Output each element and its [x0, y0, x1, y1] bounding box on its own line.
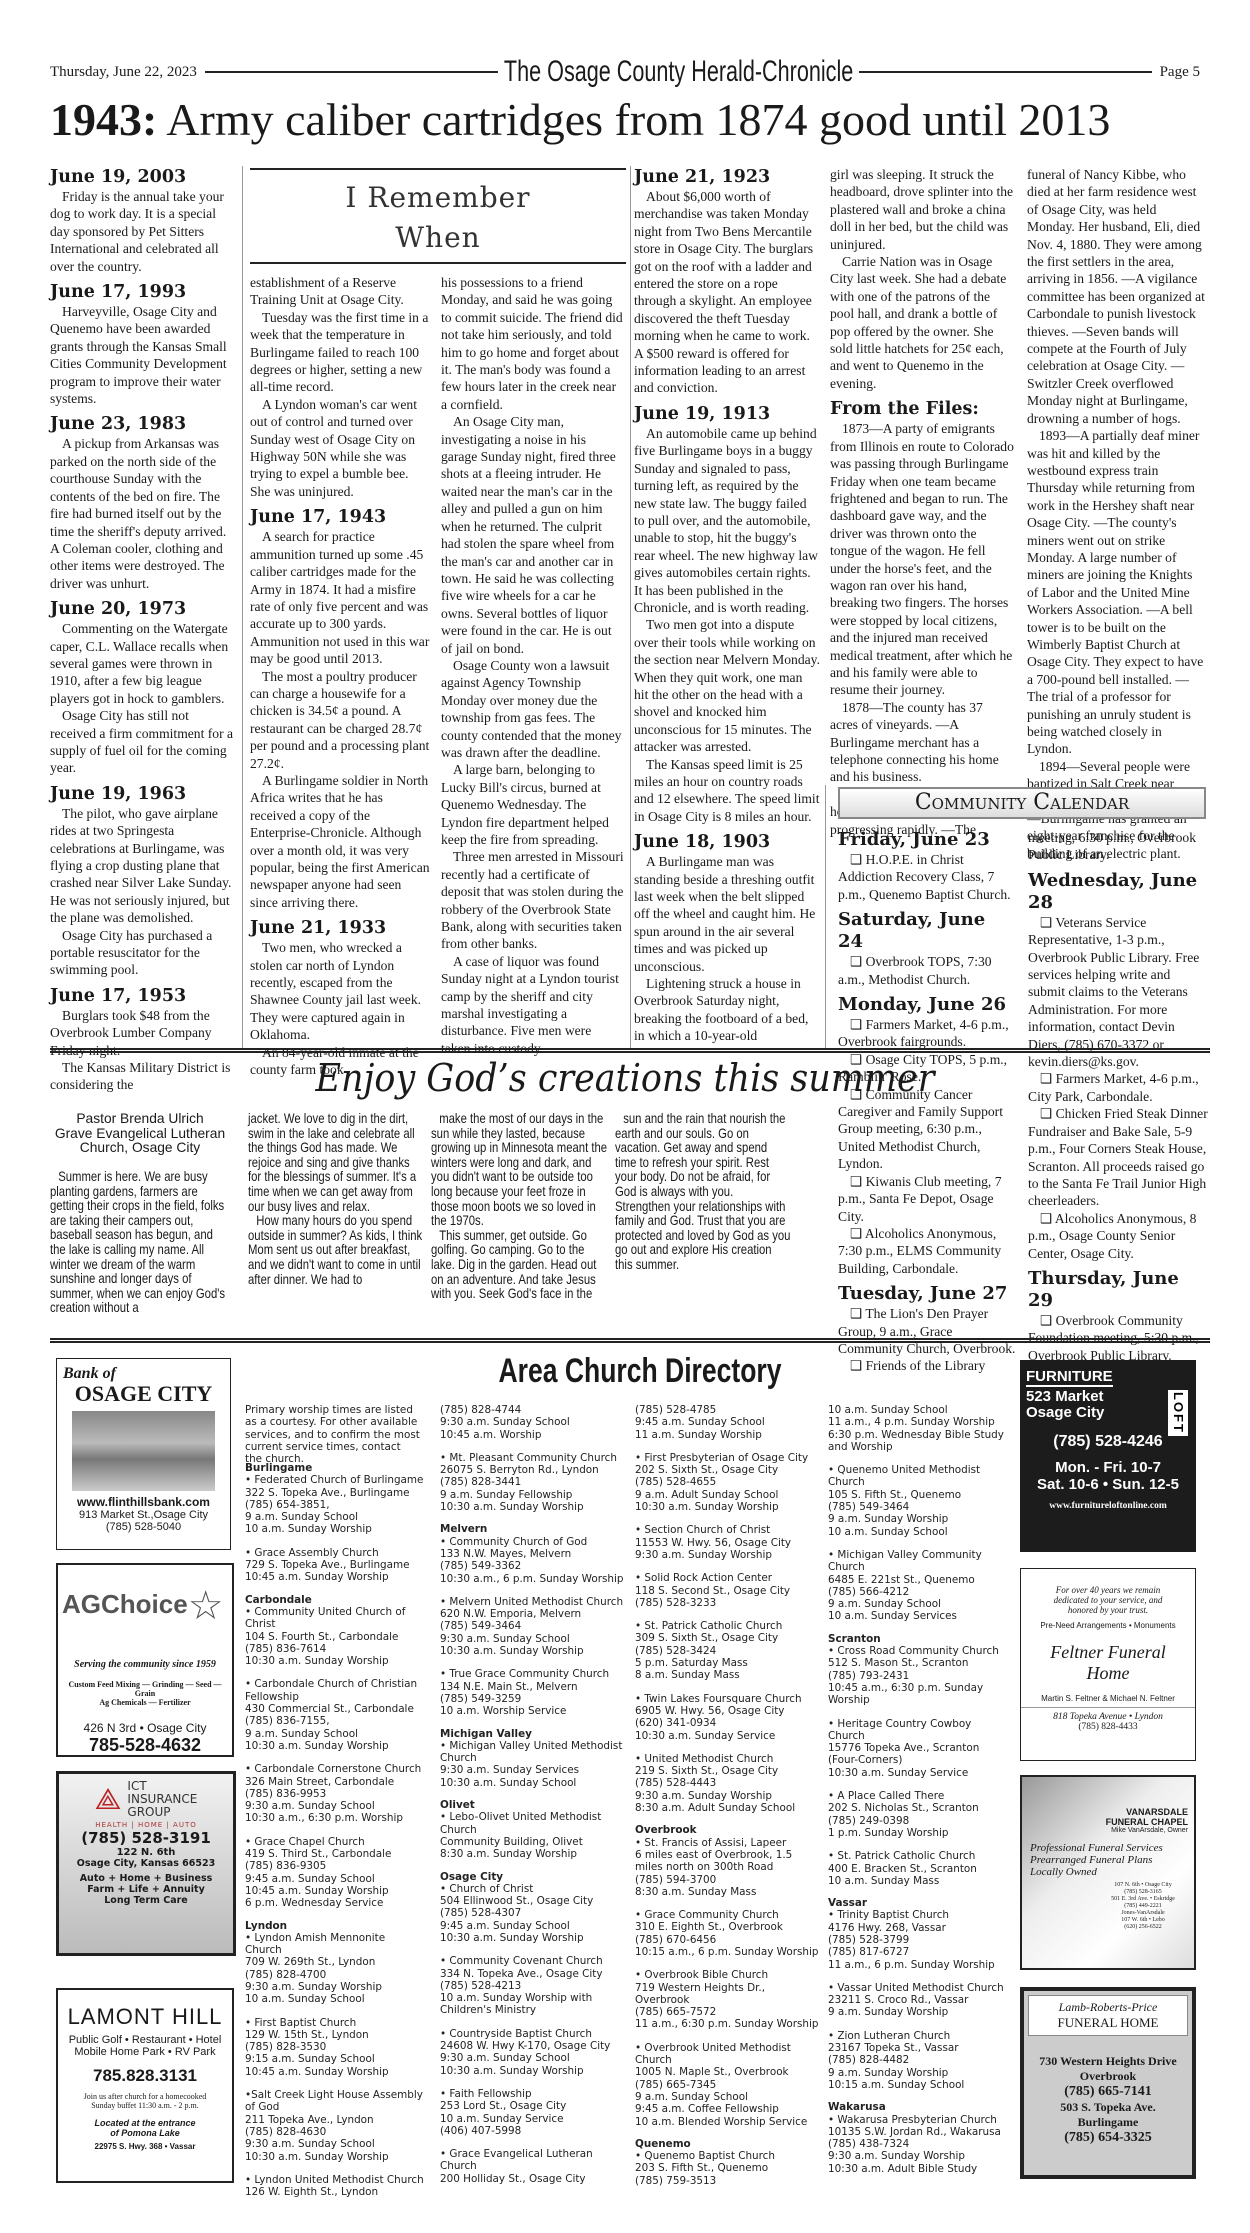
furniture-hours: Mon. - Fri. 10-7	[1026, 1459, 1190, 1476]
vanarsdale-loc: 107 W. 6th • Lebo	[1092, 1917, 1194, 1924]
lrp-name: Lamb-Roberts-Price	[1031, 2000, 1185, 2015]
church-name: • Zion Lutheran Church	[828, 2030, 1008, 2042]
church-detail: 11 a.m. Sunday Worship	[635, 1429, 820, 1441]
church-name: • Michigan Valley United Methodist Churc…	[440, 1740, 625, 1765]
directory-entry: • First Presbyterian of Osage City202 S.…	[635, 1452, 820, 1513]
vanarsdale-phone: (785) 528-3165	[1092, 1889, 1194, 1896]
paragraph: ❑ Alcoholics Anonymous, 7:30 p.m., ELMS …	[838, 1225, 1016, 1277]
directory-entry: • True Grace Community Church134 N.E. Ma…	[440, 1668, 625, 1717]
byline-location: Church, Osage City	[50, 1141, 230, 1156]
bank-url[interactable]: www.flinthillsbank.com	[57, 1495, 230, 1509]
church-name: • Vassar United Methodist Church	[828, 1982, 1008, 1994]
directory-title: Area Church Directory	[484, 1352, 796, 1391]
church-detail: (785) 549-3362	[440, 1560, 625, 1572]
church-detail: (785) 828-3441	[440, 1476, 625, 1488]
church-detail: 9:30 a.m. Sunday School	[245, 2138, 425, 2150]
section-date-heading: June 21, 1933	[250, 917, 430, 939]
church-detail: 9 a.m. Sunday Fellowship	[440, 1489, 625, 1501]
furniture-url[interactable]: www.furnitureloftonline.com	[1026, 1501, 1190, 1511]
directory-entry: • Carbondale Church of Christian Fellows…	[245, 1678, 425, 1752]
church-name: • United Methodist Church	[635, 1753, 820, 1765]
directory-town-heading: Lyndon	[245, 1920, 425, 1932]
directory-entry: (785) 828-47449:30 a.m. Sunday School10:…	[440, 1404, 625, 1441]
directory-entry: • Zion Lutheran Church23167 Topeka St., …	[828, 2030, 1008, 2091]
church-name: (785) 528-4785	[635, 1404, 820, 1416]
church-detail: 9:45 a.m. Sunday School	[635, 1416, 820, 1428]
article-title-enjoy: Enjoy God’s creations this summer	[87, 1052, 1163, 1104]
church-detail: 5 p.m. Saturday Mass	[635, 1657, 820, 1669]
church-name: • Lebo-Olivet United Methodist Church	[440, 1811, 625, 1836]
paragraph: A Lyndon woman's car went out of control…	[250, 396, 430, 500]
community-calendar-title: Community Calendar	[838, 787, 1206, 819]
church-detail: 9 a.m. Sunday Worship	[828, 2006, 1008, 2018]
lamont-name: LAMONT HILL	[58, 2004, 232, 2030]
church-detail: (785) 549-3464	[828, 1501, 1008, 1513]
church-name: • Quenemo United Methodist Church	[828, 1464, 1008, 1489]
church-name: • First Presbyterian of Osage City	[635, 1452, 820, 1464]
directory-entry: •Salt Creek Light House Assembly of God2…	[245, 2089, 425, 2163]
ict-services: Auto + Home + Business	[59, 1873, 233, 1884]
directory-column-2: (785) 828-47449:30 a.m. Sunday School10:…	[440, 1404, 625, 2185]
church-name: • Mt. Pleasant Community Church	[440, 1452, 625, 1464]
ad-vanarsdale-funeral-chapel[interactable]: VANARSDALE FUNERAL CHAPEL Mike VanArsdal…	[1020, 1775, 1196, 1970]
church-detail: 24608 W. Hwy K-170, Osage City	[440, 2040, 625, 2052]
headline-text: Army caliber cartridges from 1874 good u…	[157, 94, 1110, 145]
section-date-heading: Tuesday, June 27	[838, 1283, 1016, 1305]
ad-ict-insurance[interactable]: ⟁ ICT INSURANCE GROUP HEALTH | HOME | AU…	[56, 1771, 236, 1956]
directory-entry: • Faith Fellowship253 Lord St., Osage Ci…	[440, 2088, 625, 2137]
church-name: • St. Patrick Catholic Church	[828, 1850, 1008, 1862]
church-detail: 23167 Topeka St., Vassar	[828, 2042, 1008, 2054]
church-detail: (785) 793-2431	[828, 1670, 1008, 1682]
enjoy-column-2: jacket. We love to dig in the dirt, swim…	[248, 1112, 424, 1287]
ict-lines: HEALTH | HOME | AUTO	[59, 1821, 233, 1829]
church-detail: 105 S. Fifth St., Quenemo	[828, 1489, 1008, 1501]
church-detail: 10:30 a.m. Sunday School	[440, 1777, 625, 1789]
directory-entry: • Michigan Valley United Methodist Churc…	[440, 1740, 625, 1789]
church-detail: 23211 S. Croco Rd., Vassar	[828, 1994, 1008, 2006]
church-name: • Grace Assembly Church	[245, 1547, 425, 1559]
church-detail: 8:30 a.m. Sunday Mass	[635, 1886, 820, 1898]
church-name: • Carbondale Cornerstone Church	[245, 1763, 425, 1775]
church-detail: 6:30 p.m. Wednesday Bible Study and Wors…	[828, 1429, 1008, 1454]
church-detail: 10:30 a.m., 6:30 p.m. Worship	[245, 1812, 425, 1824]
ict-address: 122 N. 6th	[59, 1847, 233, 1858]
church-detail: 9 a.m. Sunday Worship	[828, 1513, 1008, 1525]
ad-bank-of-osage-city[interactable]: Bank of OSAGE CITY www.flinthillsbank.co…	[56, 1358, 231, 1550]
directory-column-3: (785) 528-47859:45 a.m. Sunday School11 …	[635, 1404, 820, 2187]
section-date-heading: June 17, 1953	[50, 985, 235, 1007]
directory-town-heading: Vassar	[828, 1897, 1008, 1909]
paragraph: Tuesday was the first time in a week tha…	[250, 309, 430, 396]
church-detail: (785) 528-4443	[635, 1777, 820, 1789]
church-detail: 9 a.m. Sunday School	[635, 2091, 820, 2103]
paragraph: ❑ Farmers Market, 4-6 p.m., Overbrook fa…	[838, 1016, 1016, 1051]
ad-furniture-loft[interactable]: FURNITURE 523 Market Osage City LOFT (78…	[1020, 1360, 1196, 1552]
directory-entry: • Lyndon Amish Mennonite Church709 W. 26…	[245, 1932, 425, 2006]
lrp-address: 730 Western Heights Drive	[1024, 2054, 1192, 2069]
paragraph: 1878—The county has 37 acres of vineyard…	[830, 699, 1014, 786]
church-detail: (785) 528-3233	[635, 1597, 820, 1609]
church-detail: 8:30 a.m. Adult Sunday School	[635, 1802, 820, 1814]
church-name: • Wakarusa Presbyterian Church	[828, 2114, 1008, 2126]
church-name: • Michigan Valley Community Church	[828, 1549, 1008, 1574]
directory-entry: • St. Patrick Catholic Church400 E. Brac…	[828, 1850, 1008, 1887]
furniture-loft-logo: LOFT	[1168, 1390, 1188, 1436]
church-detail: (785) 759-3513	[635, 2175, 820, 2187]
directory-town-heading: Scranton	[828, 1633, 1008, 1645]
church-detail: 200 Holliday St., Osage City	[440, 2173, 625, 2185]
church-detail: 10 a.m. Sunday School	[245, 1993, 425, 2005]
church-name: • Community Church of God	[440, 1536, 625, 1548]
church-detail: 253 Lord St., Osage City	[440, 2100, 625, 2112]
church-name: • Community United Church of Christ	[245, 1606, 425, 1631]
paragraph: establishment of a Reserve Training Unit…	[250, 274, 430, 309]
directory-entry: • St. Patrick Catholic Church309 S. Sixt…	[635, 1620, 820, 1681]
church-detail: (785) 566-4212	[828, 1586, 1008, 1598]
church-detail: 10:15 a.m., 6 p.m. Sunday Worship	[635, 1946, 820, 1958]
church-name: • Twin Lakes Foursquare Church	[635, 1693, 820, 1705]
masthead: Thursday, June 22, 2023 The Osage County…	[50, 55, 1200, 89]
church-detail: 512 S. Mason St., Scranton	[828, 1657, 1008, 1669]
church-detail: 10 a.m. Sunday Worship	[245, 1523, 425, 1535]
church-detail: 118 S. Second St., Osage City	[635, 1585, 820, 1597]
bank-name-line1: Bank of	[57, 1359, 230, 1383]
church-detail: (785) 665-7345	[635, 2079, 820, 2091]
paragraph: ❑ Chicken Fried Steak Dinner Fundraiser …	[1028, 1105, 1208, 1209]
directory-entry: • Overbrook Bible Church719 Western Heig…	[635, 1969, 820, 2030]
column-rule	[242, 166, 243, 1050]
directory-entry: • United Methodist Church219 S. Sixth St…	[635, 1753, 820, 1814]
church-detail: 26075 S. Berryton Rd., Lyndon	[440, 1464, 625, 1476]
church-detail: (406) 407-5998	[440, 2125, 625, 2137]
church-detail: (785) 249-0398	[828, 1815, 1008, 1827]
paragraph: meeting, 6:30 p.m., Overbrook Public Lib…	[1028, 829, 1208, 864]
church-detail: 10:30 a.m. Sunday Service	[635, 1730, 820, 1742]
lamont-services: Public Golf • Restaurant • Hotel	[58, 2034, 232, 2046]
church-detail: (785) 836-9953	[245, 1788, 425, 1800]
church-detail: 9:30 a.m. Sunday Worship	[635, 1549, 820, 1561]
paragraph: Osage City has still not received a firm…	[50, 707, 235, 777]
vanarsdale-owner: Mike VanArsdale, Owner	[1022, 1827, 1194, 1834]
paragraph: A case of liquor was found Sunday night …	[441, 953, 624, 1057]
church-detail: 504 Ellinwood St., Osage City	[440, 1895, 625, 1907]
paragraph: An Osage City man, investigating a noise…	[441, 413, 624, 657]
church-detail: 10 a.m. Worship Service	[440, 1705, 625, 1717]
church-detail: 10:30 a.m. Sunday Service	[828, 1767, 1008, 1779]
church-detail: 9:30 a.m. Sunday Worship	[245, 1981, 425, 1993]
church-detail: 9:30 a.m. Sunday School	[440, 1633, 625, 1645]
ad-agchoice[interactable]: AGChoice☆ Serving the community since 19…	[56, 1563, 234, 1757]
church-detail: 211 Topeka Ave., Lyndon	[245, 2114, 425, 2126]
paragraph: girl was sleeping. It struck the headboa…	[830, 166, 1014, 253]
church-name: • Countryside Baptist Church	[440, 2028, 625, 2040]
church-name: • Overbrook Bible Church	[635, 1969, 820, 1981]
vanarsdale-loc: 501 E. 3rd Ave. • Eskridge	[1092, 1896, 1194, 1903]
paragraph: Two men, who wrecked a stolen car north …	[250, 939, 430, 1043]
church-name: • Melvern United Methodist Church	[440, 1596, 625, 1608]
feltner-tagline: For over 40 years we remain	[1021, 1585, 1195, 1595]
directory-town-heading: Melvern	[440, 1523, 625, 1535]
lrp-name-2: FUNERAL HOME	[1031, 2015, 1185, 2031]
church-name: • Overbrook United Methodist Church	[635, 2042, 820, 2067]
paragraph: Commenting on the Watergate caper, C.L. …	[50, 620, 235, 707]
directory-entry: • Community United Church of Christ104 S…	[245, 1606, 425, 1667]
church-detail: (785) 528-3424	[635, 1645, 820, 1657]
church-detail: 8 a.m. Sunday Mass	[635, 1669, 820, 1681]
ad-feltner-funeral-home[interactable]: For over 40 years we remain dedicated to…	[1020, 1568, 1196, 1761]
remember-column-6: funeral of Nancy Kibbe, who died at her …	[1027, 166, 1207, 862]
vanarsdale-name: VANARSDALE	[1022, 1807, 1194, 1817]
church-detail: 133 N.W. Mayes, Melvern	[440, 1548, 625, 1560]
directory-entry: 10 a.m. Sunday School11 a.m., 4 p.m. Sun…	[828, 1404, 1008, 1453]
paragraph: An automobile came up behind five Burlin…	[634, 425, 820, 616]
remember-column-4: June 21, 1923About $6,000 worth of merch…	[634, 166, 820, 1045]
church-detail: 10:30 a.m. Adult Bible Study	[828, 2163, 1008, 2175]
section-divider	[50, 1338, 1210, 1343]
church-detail: (785) 528-4213	[440, 1980, 625, 1992]
directory-entry: • Overbrook United Methodist Church1005 …	[635, 2042, 820, 2128]
article-byline: Pastor Brenda Ulrich Grave Evangelical L…	[50, 1112, 230, 1156]
church-detail: 719 Western Heights Dr., Overbrook	[635, 1982, 820, 2007]
church-name: •Salt Creek Light House Assembly of God	[245, 2089, 425, 2114]
paragraph: Three men arrested in Missouri recently …	[441, 848, 624, 952]
feltner-address: 818 Topeka Avenue • Lyndon	[1021, 1712, 1195, 1722]
church-name: • Solid Rock Action Center	[635, 1572, 820, 1584]
church-detail: 310 E. Eighth St., Overbrook	[635, 1921, 820, 1933]
church-name: • Quenemo Baptist Church	[635, 2150, 820, 2162]
church-name: • Lyndon Amish Mennonite Church	[245, 1932, 425, 1957]
church-detail: 10 a.m. Sunday School	[828, 1526, 1008, 1538]
directory-entry: • Twin Lakes Foursquare Church6905 W. Hw…	[635, 1693, 820, 1742]
feltner-phone: (785) 828-4433	[1021, 1722, 1195, 1732]
church-name: • Faith Fellowship	[440, 2088, 625, 2100]
directory-entry: • Grace Assembly Church729 S. Topeka Ave…	[245, 1547, 425, 1584]
church-detail: 10:30 a.m. Sunday Worship	[635, 1501, 820, 1513]
section-date-heading: June 19, 2003	[50, 166, 235, 188]
paragraph: A pickup from Arkansas was parked on the…	[50, 435, 235, 592]
church-detail: (620) 341-0934	[635, 1717, 820, 1729]
section-date-heading: June 20, 1973	[50, 598, 235, 620]
church-detail: 10:30 a.m. Sunday Worship	[440, 1501, 625, 1513]
directory-town-heading: Overbrook	[635, 1824, 820, 1836]
directory-entry: • Grace Chapel Church419 S. Third St., C…	[245, 1836, 425, 1910]
church-detail: 219 S. Sixth St., Osage City	[635, 1765, 820, 1777]
remember-column-3: his possessions to a friend Monday, and …	[441, 274, 624, 1057]
church-detail: (785) 665-7572	[635, 2006, 820, 2018]
church-detail: 10:30 a.m. Sunday Worship	[440, 1645, 625, 1657]
church-name: • St. Francis of Assisi, Lapeer	[635, 1837, 820, 1849]
section-date-heading: June 18, 1903	[634, 831, 820, 853]
vanarsdale-service-2: Prearranged Funeral Plans	[1022, 1854, 1194, 1866]
church-detail: (785) 828-4700	[245, 1969, 425, 1981]
ad-lamont-hill[interactable]: LAMONT HILL Public Golf • Restaurant • H…	[56, 1988, 234, 2183]
lrp-phone-2: (785) 654-3325	[1024, 2130, 1192, 2146]
church-detail: 10:45 a.m. Worship	[440, 1429, 625, 1441]
lamont-location-2: of Pomona Lake	[58, 2128, 232, 2138]
church-detail: (785) 438-7324	[828, 2138, 1008, 2150]
remember-column-5: girl was sleeping. It struck the headboa…	[830, 166, 1014, 838]
directory-town-heading: Wakarusa	[828, 2101, 1008, 2113]
paragraph: The most a poultry producer can charge a…	[250, 668, 430, 772]
directory-entry: • Quenemo United Methodist Church105 S. …	[828, 1464, 1008, 1538]
directory-entry: • Lebo-Olivet United Methodist ChurchCom…	[440, 1811, 625, 1860]
directory-entry: • Carbondale Cornerstone Church326 Main …	[245, 1763, 425, 1824]
lamont-buffet-2: Sunday buffet 11:30 a.m. - 2 p.m.	[58, 2101, 232, 2110]
lrp-phone: (785) 665-7141	[1024, 2084, 1192, 2100]
church-detail: 9:30 a.m. Sunday School	[440, 1416, 625, 1428]
directory-entry: • Community Church of God133 N.W. Mayes,…	[440, 1536, 625, 1585]
lamont-phone: 785.828.3131	[58, 2066, 232, 2086]
paragraph: About $6,000 worth of merchandise was ta…	[634, 188, 820, 397]
church-detail: (785) 836-9305	[245, 1860, 425, 1872]
church-name: • Church of Christ	[440, 1883, 625, 1895]
furniture-phone: (785) 528-4246	[1026, 1433, 1190, 1451]
church-detail: 6 miles east of Overbrook, 1.5 miles nor…	[635, 1849, 820, 1874]
feltner-name: Feltner Funeral	[1021, 1642, 1195, 1663]
church-detail: 9 a.m. Adult Sunday School	[635, 1489, 820, 1501]
church-detail: 10:45 a.m. Sunday Worship	[245, 2066, 425, 2078]
paragraph: A Burlingame soldier in North Africa wri…	[250, 772, 430, 911]
column-title-i-remember-when: I Remember When	[250, 168, 626, 264]
directory-entry: • Cross Road Community Church512 S. Maso…	[828, 1645, 1008, 1706]
church-detail: (785) 828-4482	[828, 2054, 1008, 2066]
church-detail: 326 Main Street, Carbondale	[245, 1776, 425, 1788]
vanarsdale-service-3: Locally Owned	[1022, 1866, 1194, 1878]
church-detail: (785) 670-6456	[635, 1934, 820, 1946]
church-name: • Federated Church of Burlingame	[245, 1474, 425, 1486]
church-detail: 11 a.m., 4 p.m. Sunday Worship	[828, 1416, 1008, 1428]
directory-entry: • Vassar United Methodist Church23211 S.…	[828, 1982, 1008, 2019]
paragraph: A large barn, belonging to Lucky Bill's …	[441, 761, 624, 848]
church-name: • Heritage Country Cowboy Church	[828, 1718, 1008, 1743]
directory-entry: • Section Church of Christ11553 W. Hwy. …	[635, 1524, 820, 1561]
paragraph: A Burlingame man was standing beside a t…	[634, 853, 820, 975]
paragraph: A search for practice ammunition turned …	[250, 528, 430, 667]
paragraph: ❑ H.O.P.E. in Christ Addiction Recovery …	[838, 851, 1016, 903]
church-detail: 10 a.m. Sunday Services	[828, 1610, 1008, 1622]
feltner-tagline-2: dedicated to your service, and	[1021, 1595, 1195, 1605]
church-detail: 10:30 a.m., 6 p.m. Sunday Worship	[440, 1573, 625, 1585]
paragraph: Carrie Nation was in Osage City last wee…	[830, 253, 1014, 392]
church-detail: (785) 528-4655	[635, 1476, 820, 1488]
church-detail: 400 E. Bracken St., Scranton	[828, 1863, 1008, 1875]
church-name: • Community Covenant Church	[440, 1955, 625, 1967]
ict-services: Long Term Care	[59, 1895, 233, 1906]
ad-lamb-roberts-price[interactable]: Lamb-Roberts-Price FUNERAL HOME 730 West…	[1020, 1987, 1196, 2179]
paragraph: ❑ The Lion's Den Prayer Group, 9 a.m., G…	[838, 1305, 1016, 1357]
agchoice-services-2: Ag Chemicals — Fertilizer	[58, 1698, 232, 1707]
calendar-column-2: meeting, 6:30 p.m., Overbrook Public Lib…	[1028, 829, 1208, 1399]
bank-phone: (785) 528-5040	[57, 1521, 230, 1533]
church-detail: (785) 836-7155,	[245, 1715, 425, 1727]
church-detail: (785) 828-3530	[245, 2041, 425, 2053]
furniture-hours-2: Sat. 10-6 • Sun. 12-5	[1026, 1476, 1190, 1493]
section-date-heading: Thursday, June 29	[1028, 1268, 1208, 1312]
paragraph: How many hours do you spend outside in s…	[248, 1214, 424, 1287]
church-detail: 202 S. Sixth St., Osage City	[635, 1464, 820, 1476]
church-detail: 9:30 a.m. Sunday Services	[440, 1764, 625, 1776]
directory-town-heading: Olivet	[440, 1799, 625, 1811]
church-detail: 11 a.m., 6 p.m. Sunday Worship	[828, 1959, 1008, 1971]
church-detail: 709 W. 269th St., Lyndon	[245, 1956, 425, 1968]
church-detail: 10135 S.W. Jordan Rd., Wakarusa	[828, 2126, 1008, 2138]
section-date-heading: Monday, June 26	[838, 994, 1016, 1016]
paragraph: This summer, get outside. Go golfing. Go…	[431, 1229, 607, 1302]
church-detail: 9:15 a.m. Sunday School	[245, 2053, 425, 2065]
masthead-rule	[205, 71, 498, 73]
paragraph: Harveyville, Osage City and Quenemo have…	[50, 303, 235, 407]
directory-entry: • Mt. Pleasant Community Church26075 S. …	[440, 1452, 625, 1513]
paragraph: sun and the rain that nourish the earth …	[615, 1112, 791, 1273]
enjoy-column-1: Summer is here. We are busy planting gar…	[50, 1170, 226, 1316]
directory-entry: • Trinity Baptist Church4176 Hwy. 268, V…	[828, 1909, 1008, 1970]
directory-entry: • Lyndon United Methodist Church126 W. E…	[245, 2174, 425, 2199]
church-detail: (785) 528-4307	[440, 1907, 625, 1919]
page-headline: 1943: Army caliber cartridges from 1874 …	[50, 90, 1200, 150]
church-detail: 4176 Hwy. 268, Vassar	[828, 1922, 1008, 1934]
church-detail: 15776 Topeka Ave., Scranton (Four-Corner…	[828, 1742, 1008, 1767]
church-detail: 10 a.m. Sunday Worship with Children's M…	[440, 1992, 625, 2017]
agchoice-tagline: Serving the community since 1959	[58, 1659, 232, 1670]
directory-column-1: Burlingame• Federated Church of Burlinga…	[245, 1462, 425, 2198]
church-detail: 9 a.m. Sunday School	[828, 1598, 1008, 1610]
directory-intro: Primary worship times are listed as a co…	[245, 1404, 420, 1465]
column-title-line2: When	[250, 218, 626, 258]
section-date-heading: Friday, June 23	[838, 829, 1016, 851]
church-detail: 104 S. Fourth St., Carbondale	[245, 1631, 425, 1643]
church-detail: 1005 N. Maple St., Overbrook	[635, 2066, 820, 2078]
church-detail: 10:15 a.m. Sunday School	[828, 2079, 1008, 2091]
feltner-tagline-3: honored by your trust.	[1021, 1605, 1195, 1615]
lrp-town: Overbrook	[1024, 2069, 1192, 2084]
paragraph: Lightening struck a house in Overbrook S…	[634, 975, 820, 1045]
church-detail: (785) 817-6727	[828, 1946, 1008, 1958]
church-detail: 10:45 a.m., 6:30 p.m. Sunday Worship	[828, 1682, 1008, 1707]
bank-name-line2: OSAGE CITY	[57, 1383, 230, 1405]
church-detail: 9 a.m. Sunday Worship	[828, 2067, 1008, 2079]
church-name: 10 a.m. Sunday School	[828, 1404, 1008, 1416]
church-name: • Trinity Baptist Church	[828, 1909, 1008, 1921]
ict-services: Farm + Life + Annuity	[59, 1884, 233, 1895]
church-detail: 9:45 a.m. Coffee Fellowship	[635, 2103, 820, 2115]
church-detail: 9:30 a.m. Sunday School	[245, 1800, 425, 1812]
column-rule	[630, 166, 631, 1050]
church-name: (785) 828-4744	[440, 1404, 625, 1416]
vanarsdale-name-2: FUNERAL CHAPEL	[1022, 1817, 1194, 1827]
church-detail: (785) 654-3851,	[245, 1499, 425, 1511]
remember-column-2: establishment of a Reserve Training Unit…	[250, 274, 430, 1078]
feltner-owners: Martin S. Feltner & Michael N. Feltner	[1021, 1694, 1195, 1708]
paragraph: Summer is here. We are busy planting gar…	[50, 1170, 226, 1316]
church-name: • Grace Chapel Church	[245, 1836, 425, 1848]
church-detail: Community Building, Olivet	[440, 1836, 625, 1848]
remember-column-1: June 19, 2003Friday is the annual take y…	[50, 166, 235, 1094]
vanarsdale-loc: Jones-VanArsdale	[1092, 1910, 1194, 1917]
paragraph: Osage County won a lawsuit against Agenc…	[441, 657, 624, 761]
church-name: • Carbondale Church of Christian Fellows…	[245, 1678, 425, 1703]
feltner-services: Pre-Need Arrangements • Monuments	[1021, 1621, 1195, 1630]
section-date-heading: Wednesday, June 28	[1028, 870, 1208, 914]
paragraph: ❑ Friends of the Library	[838, 1357, 1016, 1374]
directory-town-heading: Michigan Valley	[440, 1728, 625, 1740]
column-rule	[825, 785, 826, 1050]
directory-town-heading: Carbondale	[245, 1594, 425, 1606]
bank-photo	[72, 1411, 215, 1491]
church-name: • Grace Community Church	[635, 1909, 820, 1921]
lrp-town-2: Burlingame	[1024, 2115, 1192, 2130]
directory-entry: • Wakarusa Presbyterian Church10135 S.W.…	[828, 2114, 1008, 2175]
